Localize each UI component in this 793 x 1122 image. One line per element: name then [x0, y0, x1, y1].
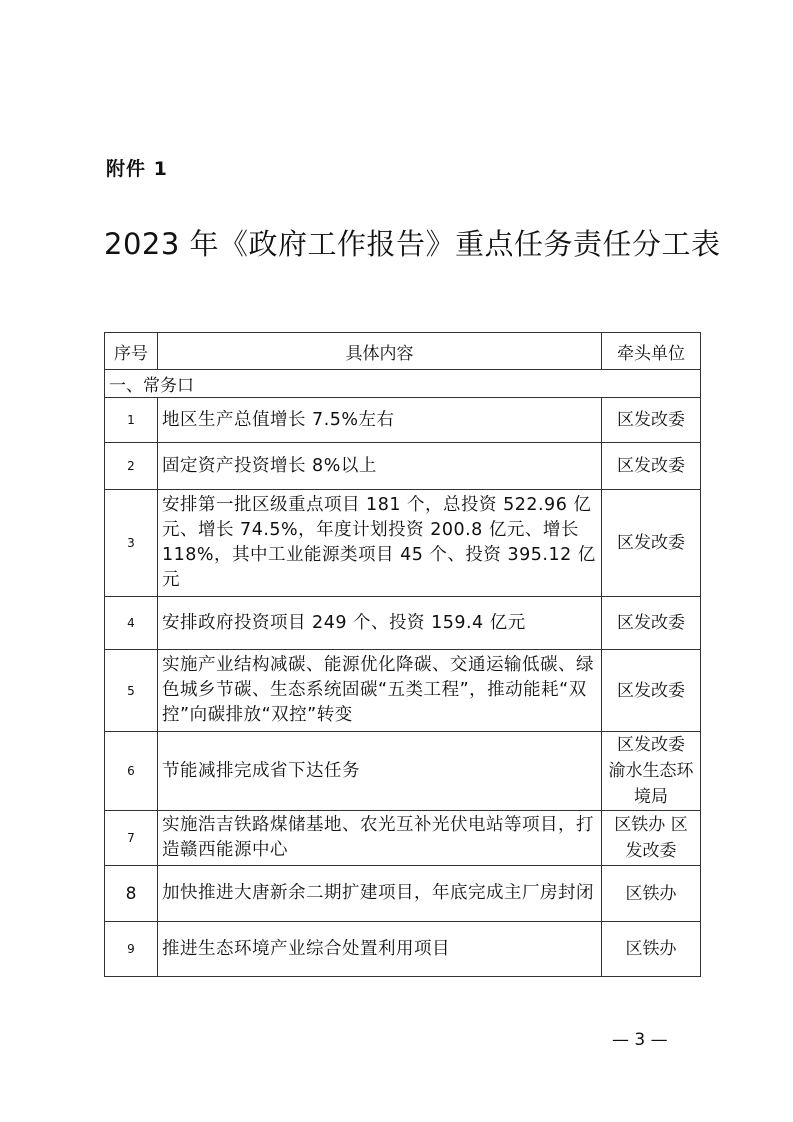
table-header-row: 序号 具体内容 牵头单位 [105, 333, 701, 370]
table-row: 4 安排政府投资项目 249 个、投资 159.4 亿元 区发改委 [105, 597, 701, 650]
header-unit: 牵头单位 [602, 333, 701, 370]
row-content: 安排第一批区级重点项目 181 个，总投资 522.96 亿元、增长 74.5%… [158, 490, 602, 597]
row-no: 8 [105, 866, 158, 922]
row-content: 固定资产投资增长 8%以上 [158, 443, 602, 490]
row-content: 安排政府投资项目 249 个、投资 159.4 亿元 [158, 597, 602, 650]
row-no: 4 [105, 597, 158, 650]
table-row: 5 实施产业结构减碳、能源优化降碳、交通运输低碳、绿色城乡节碳、生态系统固碳“五… [105, 650, 701, 732]
table-row: 3 安排第一批区级重点项目 181 个，总投资 522.96 亿元、增长 74.… [105, 490, 701, 597]
row-unit: 区发改委 [602, 490, 701, 597]
row-content: 加快推进大唐新余二期扩建项目，年底完成主厂房封闭 [158, 866, 602, 922]
table-row: 6 节能减排完成省下达任务 区发改委 渝水生态环境局 [105, 732, 701, 811]
document-title: 2023 年《政府工作报告》重点任务责任分工表 [104, 222, 721, 263]
section-title: 一、常务口 [105, 370, 701, 398]
table-row: 2 固定资产投资增长 8%以上 区发改委 [105, 443, 701, 490]
row-unit: 区铁办 [602, 866, 701, 922]
row-no: 5 [105, 650, 158, 732]
row-unit: 区发改委 渝水生态环境局 [602, 732, 701, 811]
row-no: 9 [105, 922, 158, 977]
row-unit: 区发改委 [602, 597, 701, 650]
table-row: 1 地区生产总值增长 7.5%左右 区发改委 [105, 398, 701, 443]
table-row: 7 实施浩吉铁路煤储基地、农光互补光伏电站等项目，打造赣西能源中心 区铁办 区发… [105, 811, 701, 866]
header-content: 具体内容 [158, 333, 602, 370]
row-content: 地区生产总值增长 7.5%左右 [158, 398, 602, 443]
row-no: 6 [105, 732, 158, 811]
task-table: 序号 具体内容 牵头单位 一、常务口 1 地区生产总值增长 7.5%左右 区发改… [104, 332, 701, 977]
row-unit: 区发改委 [602, 398, 701, 443]
table-row: 9 推进生态环境产业综合处置利用项目 区铁办 [105, 922, 701, 977]
row-unit: 区铁办 [602, 922, 701, 977]
row-content: 实施产业结构减碳、能源优化降碳、交通运输低碳、绿色城乡节碳、生态系统固碳“五类工… [158, 650, 602, 732]
row-unit: 区发改委 [602, 443, 701, 490]
row-no: 2 [105, 443, 158, 490]
header-no: 序号 [105, 333, 158, 370]
row-content: 实施浩吉铁路煤储基地、农光互补光伏电站等项目，打造赣西能源中心 [158, 811, 602, 866]
attachment-label: 附件 1 [106, 154, 168, 181]
row-no: 1 [105, 398, 158, 443]
row-no: 3 [105, 490, 158, 597]
row-no: 7 [105, 811, 158, 866]
row-unit: 区铁办 区发改委 [602, 811, 701, 866]
section-row: 一、常务口 [105, 370, 701, 398]
row-content: 节能减排完成省下达任务 [158, 732, 602, 811]
row-unit: 区发改委 [602, 650, 701, 732]
row-content: 推进生态环境产业综合处置利用项目 [158, 922, 602, 977]
table-row: 8 加快推进大唐新余二期扩建项目，年底完成主厂房封闭 区铁办 [105, 866, 701, 922]
page-number: — 3 — [612, 1030, 668, 1050]
